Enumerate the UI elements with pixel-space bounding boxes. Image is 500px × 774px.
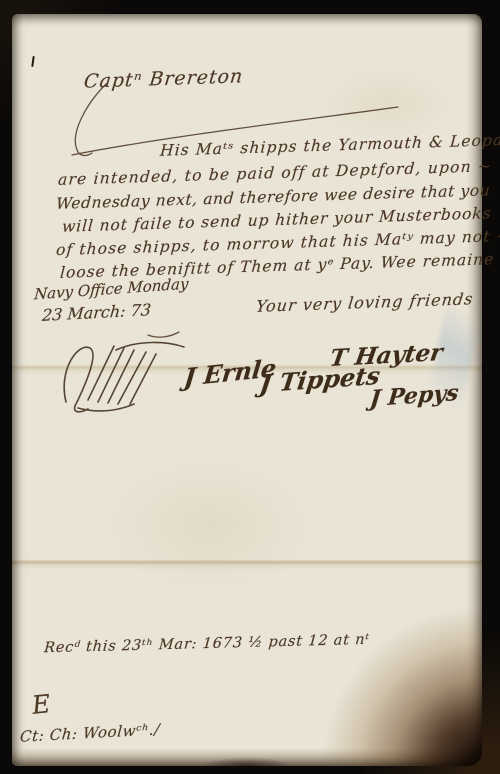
address-heading: Captⁿ Brereton	[83, 65, 245, 93]
receipt-docket: Recᵈ this 23ᵗʰ Mar: 1673 ½ past 12 at nᵗ	[43, 632, 370, 657]
body-line: His Maᵗˢ shipps the Yarmouth & Leopard,	[159, 130, 500, 160]
dateline-date: 23 March: 73	[41, 300, 152, 325]
ink-speck	[31, 56, 35, 67]
endorsement-note: Ct: Ch: Woolwᶜʰ./	[19, 720, 161, 745]
photograph-background: Captⁿ Brereton His Maᵗˢ shipps the Yarmo…	[0, 0, 500, 774]
closing-salutation: Your very loving friends	[255, 289, 475, 316]
date-underline-flourish	[148, 332, 179, 337]
endorsement-initial: E	[31, 689, 52, 720]
manuscript-page: Captⁿ Brereton His Maᵗˢ shipps the Yarmo…	[12, 14, 482, 766]
signature-hayter: T Hayter	[328, 339, 445, 372]
